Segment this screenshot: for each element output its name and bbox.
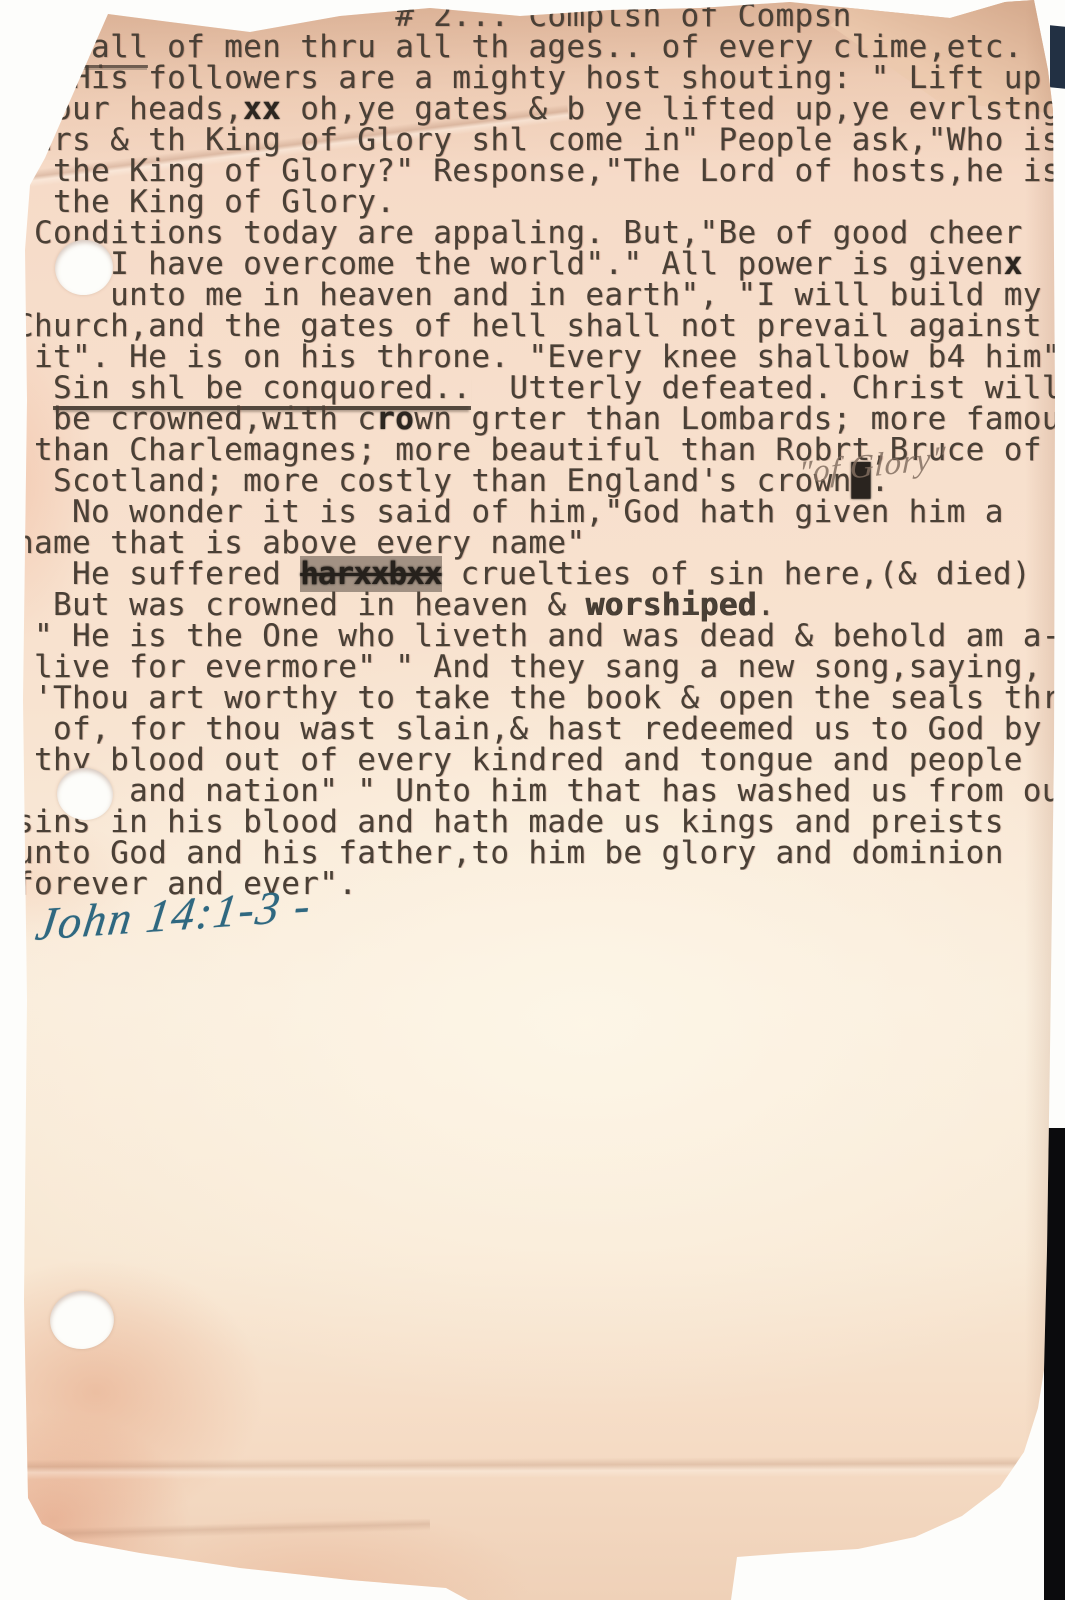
typed-line: But was crowned in heaven & worshiped. bbox=[15, 590, 1065, 621]
typed-line: live for evermore" " And they sang a new… bbox=[15, 652, 1065, 683]
typed-line: Church,and the gates of hell shall not p… bbox=[15, 311, 1065, 342]
typed-line: drs & th King of Glory shl come in" Peop… bbox=[15, 125, 1065, 156]
paper-sheet: # 2... Complsh of Compsn Call of men thr… bbox=[0, 0, 1065, 1600]
typed-line: name that is above every name" bbox=[15, 528, 1065, 559]
typed-line: He suffered harxxbxx cruelties of sin he… bbox=[15, 559, 1065, 590]
typed-segment bbox=[15, 29, 72, 65]
typed-line: unto me in heaven and in earth", "I will… bbox=[15, 280, 1065, 311]
typed-line: it". He is on his throne. "Every knee sh… bbox=[15, 342, 1065, 373]
scanned-document: # 2... Complsh of Compsn Call of men thr… bbox=[0, 0, 1065, 1600]
typed-line: His followers are a mighty host shouting… bbox=[15, 63, 1065, 94]
typed-line: be crowned,with crown grter than Lombard… bbox=[15, 404, 1065, 435]
typed-line: thy blood out of every kindred and tongu… bbox=[15, 745, 1065, 776]
typed-line: sins in his blood and hath made us kings… bbox=[15, 807, 1065, 838]
typed-line: Call of men thru all th ages.. of every … bbox=[15, 32, 1065, 63]
typed-line: your heads,xx oh,ye gates & b ye lifted … bbox=[15, 94, 1065, 125]
typed-line: I have overcome the world"." All power i… bbox=[15, 249, 1065, 280]
typed-line: 'Thou art worthy to take the book & open… bbox=[15, 683, 1065, 714]
typed-line: the King of Glory?" Response,"The Lord o… bbox=[15, 156, 1065, 187]
typed-line: Conditions today are appaling. But,"Be o… bbox=[15, 218, 1065, 249]
typed-line: No wonder it is said of him,"God hath gi… bbox=[15, 497, 1065, 528]
typed-line: and nation" " Unto him that has washed u… bbox=[15, 776, 1065, 807]
typed-line: the King of Glory. bbox=[15, 187, 1065, 218]
scanner-bed-dark-sliver bbox=[1050, 25, 1065, 89]
typed-line: unto God and his father,to him be glory … bbox=[15, 838, 1065, 869]
typed-line: Sin shl be conquored.. Utterly defeated.… bbox=[15, 373, 1065, 404]
typed-line: of, for thou wast slain,& hast redeemed … bbox=[15, 714, 1065, 745]
typed-line: " He is the One who liveth and was dead … bbox=[15, 621, 1065, 652]
typed-line: # 2... Complsh of Compsn bbox=[15, 1, 1065, 32]
